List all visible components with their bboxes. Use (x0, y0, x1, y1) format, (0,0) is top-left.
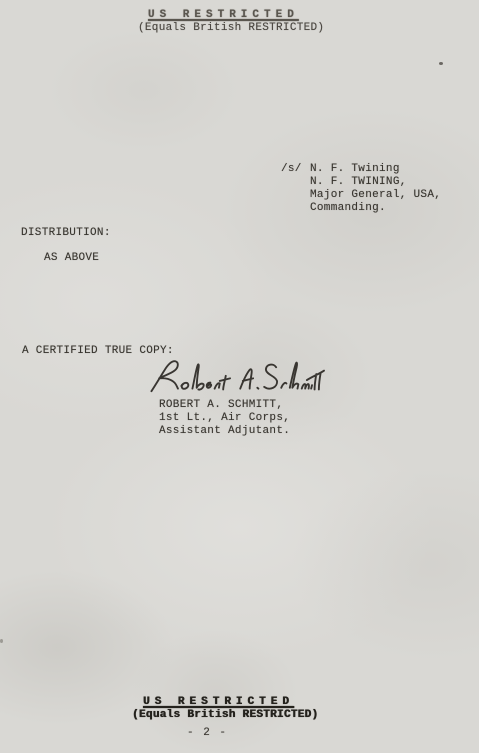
classification-equivalence-bottom: (Equals British RESTRICTED) (132, 709, 318, 722)
signed-name: N. F. Twining (310, 163, 400, 176)
classification-banner-top: US RESTRICTED (148, 9, 299, 22)
certifier-name-typed: ROBERT A. SCHMITT, (159, 399, 283, 412)
page-number: - 2 - (187, 727, 228, 740)
scan-speck (439, 62, 443, 65)
distribution-value: AS ABOVE (44, 252, 99, 265)
classification-banner-bottom: US RESTRICTED (143, 696, 294, 709)
distribution-label: DISTRIBUTION: (21, 227, 111, 240)
signer-role: Commanding. (310, 202, 386, 215)
signer-rank: Major General, USA, (310, 189, 441, 202)
signed-initials-mark: /s/ (281, 163, 302, 176)
scan-speck (0, 639, 3, 643)
classification-equivalence-top: (Equals British RESTRICTED) (138, 22, 324, 35)
document-page: US RESTRICTED (Equals British RESTRICTED… (0, 0, 479, 753)
signature-robert-schmitt (146, 357, 326, 398)
certifier-role: Assistant Adjutant. (159, 425, 290, 438)
signer-name-typed: N. F. TWINING, (310, 176, 407, 189)
certifier-rank: 1st Lt., Air Corps, (159, 412, 290, 425)
